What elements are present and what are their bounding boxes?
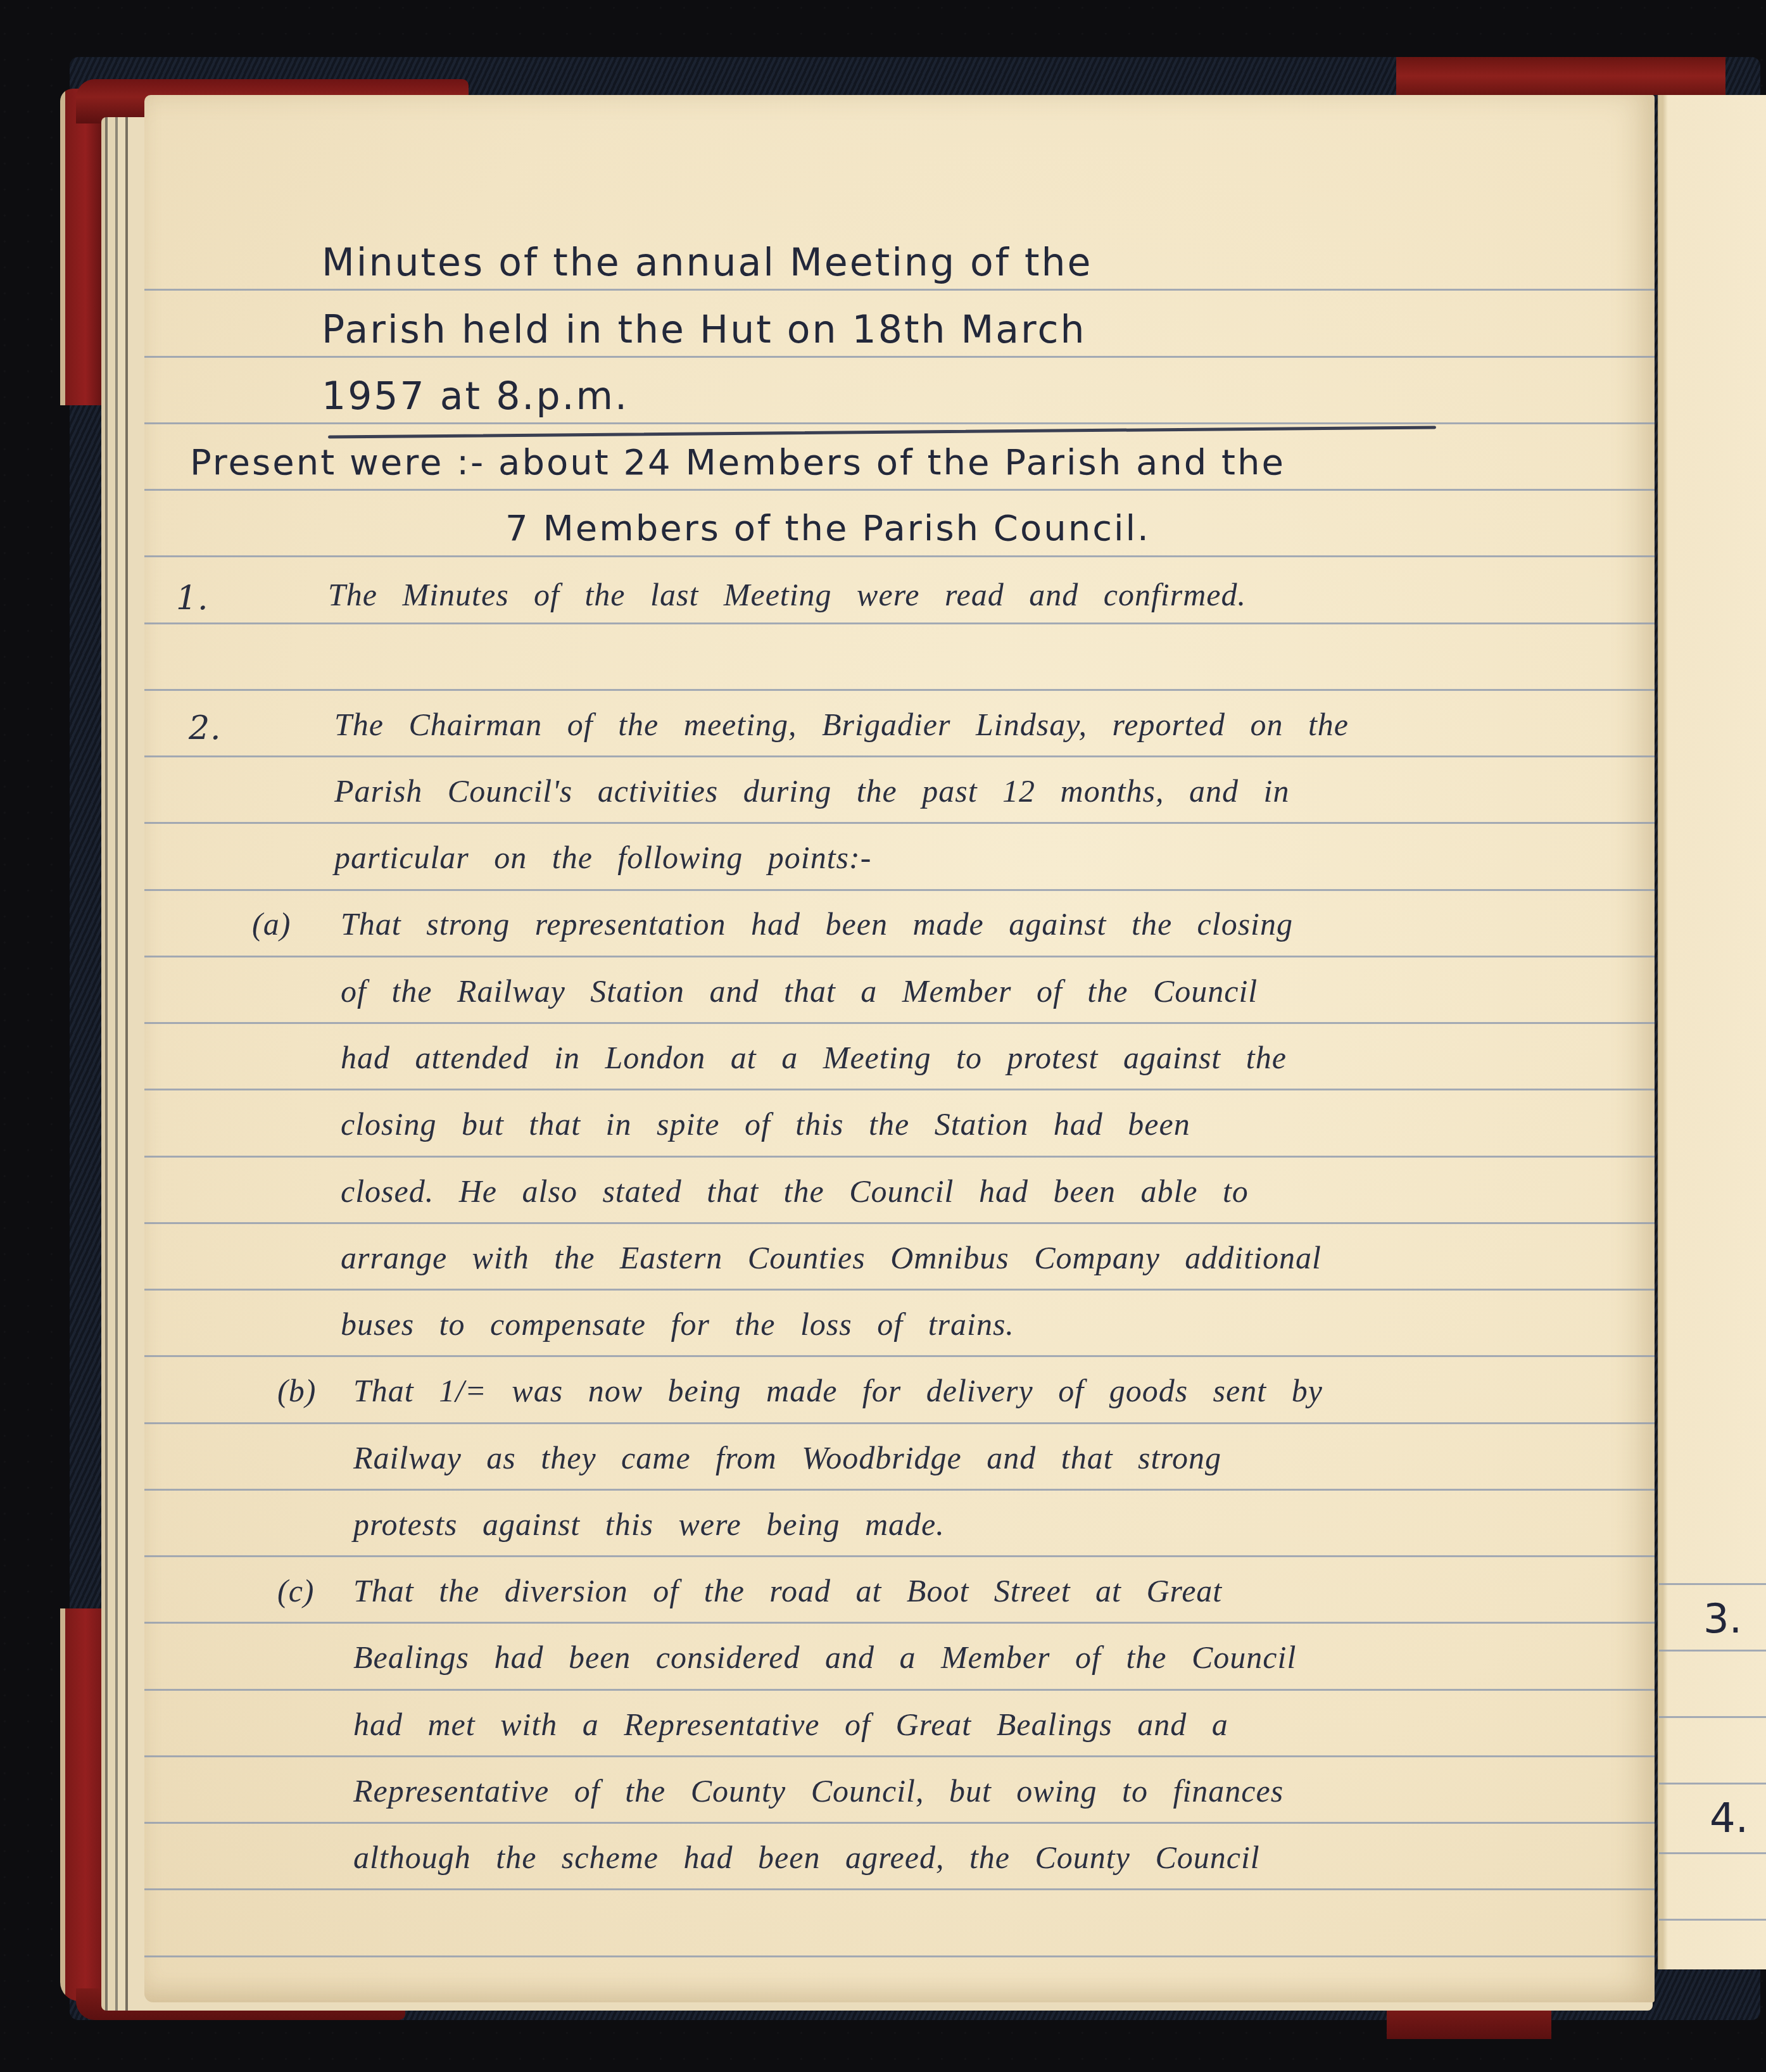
rule-line (144, 555, 1655, 557)
rule-line (1659, 1716, 1766, 1718)
rule-line (144, 1355, 1655, 1357)
title-line-1: Minutes of the annual Meeting of the (322, 241, 1092, 285)
rule-line (144, 1089, 1655, 1090)
subitem-b-line-3: protests against this were being made. (353, 1506, 945, 1543)
rule-line (144, 489, 1655, 491)
subitem-a-line-7: buses to compensate for the loss of trai… (341, 1306, 1014, 1342)
title-line-2: Parish held in the Hut on 18th March (322, 308, 1086, 352)
leather-edging-top-right (1396, 57, 1725, 95)
rule-line (144, 1755, 1655, 1757)
rule-line (144, 1955, 1655, 1957)
subitem-b-line-1: That 1/= was now being made for delivery… (353, 1372, 1323, 1409)
rule-line (144, 1689, 1655, 1691)
title-line-3: 1957 at 8.p.m. (322, 374, 629, 419)
rule-line (1659, 1852, 1766, 1854)
subitem-a-line-6: arrange with the Eastern Counties Omnibu… (341, 1239, 1321, 1276)
subitem-a-line-2: of the Railway Station and that a Member… (341, 973, 1258, 1009)
rule-line (144, 1822, 1655, 1824)
leather-edging-left-top (60, 89, 104, 405)
rule-line (1659, 1783, 1766, 1785)
item-2-line-1: The Chairman of the meeting, Brigadier L… (334, 706, 1349, 743)
rule-line (144, 1289, 1655, 1291)
subitem-a-line-5: closed. He also stated that the Council … (341, 1173, 1249, 1210)
subitem-b-label: (b) (277, 1372, 316, 1409)
minutes-page: Minutes of the annual Meeting of the Par… (144, 95, 1655, 2002)
item-number-1: 1. (176, 579, 209, 617)
item-2-line-2: Parish Council's activities during the p… (334, 773, 1289, 809)
rule-line (144, 1022, 1655, 1024)
rule-line (144, 422, 1655, 424)
margin-number-4: 4. (1710, 1795, 1748, 1842)
item-1-line-1: The Minutes of the last Meeting were rea… (328, 576, 1246, 613)
rule-line (144, 1422, 1655, 1424)
rule-line (144, 755, 1655, 757)
item-number-2: 2. (189, 709, 222, 747)
rule-line (144, 1622, 1655, 1624)
rule-line (144, 1489, 1655, 1491)
rule-line (144, 622, 1655, 624)
subitem-c-line-5: although the scheme had been agreed, the… (353, 1839, 1260, 1876)
subitem-c-line-1: That the diversion of the road at Boot S… (353, 1572, 1222, 1609)
subitem-b-line-2: Railway as they came from Woodbridge and… (353, 1439, 1221, 1476)
rule-line (144, 956, 1655, 957)
subitem-c-line-3: had met with a Representative of Great B… (353, 1706, 1228, 1743)
present-line-2: 7 Members of the Parish Council. (505, 508, 1151, 549)
rule-line (1659, 1919, 1766, 1921)
item-2-line-3: particular on the following points:- (334, 839, 871, 876)
subitem-c-line-4: Representative of the County Council, bu… (353, 1772, 1284, 1809)
rule-line (144, 1156, 1655, 1158)
facing-page: 3. 4. (1658, 95, 1766, 1969)
rule-line (144, 289, 1655, 291)
rule-line (144, 822, 1655, 824)
rule-line (1659, 1650, 1766, 1652)
rule-line (1659, 1583, 1766, 1585)
rule-line (144, 1555, 1655, 1557)
rule-line (144, 689, 1655, 691)
subitem-a-line-3: had attended in London at a Meeting to p… (341, 1039, 1287, 1076)
subitem-a-line-1: That strong representation had been made… (341, 906, 1293, 942)
subitem-c-line-2: Bealings had been considered and a Membe… (353, 1639, 1296, 1676)
leather-edging-bottom-right (1387, 2007, 1551, 2039)
title-underline (328, 426, 1436, 438)
margin-number-3: 3. (1703, 1596, 1742, 1643)
rule-line (144, 356, 1655, 358)
subitem-a-line-4: closing but that in spite of this the St… (341, 1106, 1190, 1142)
rule-line (144, 1888, 1655, 1890)
subitem-a-label: (a) (252, 906, 291, 942)
subitem-c-label: (c) (277, 1572, 315, 1609)
rule-line (144, 1222, 1655, 1224)
present-line-1: Present were :- about 24 Members of the … (190, 442, 1285, 483)
rule-line (144, 889, 1655, 891)
